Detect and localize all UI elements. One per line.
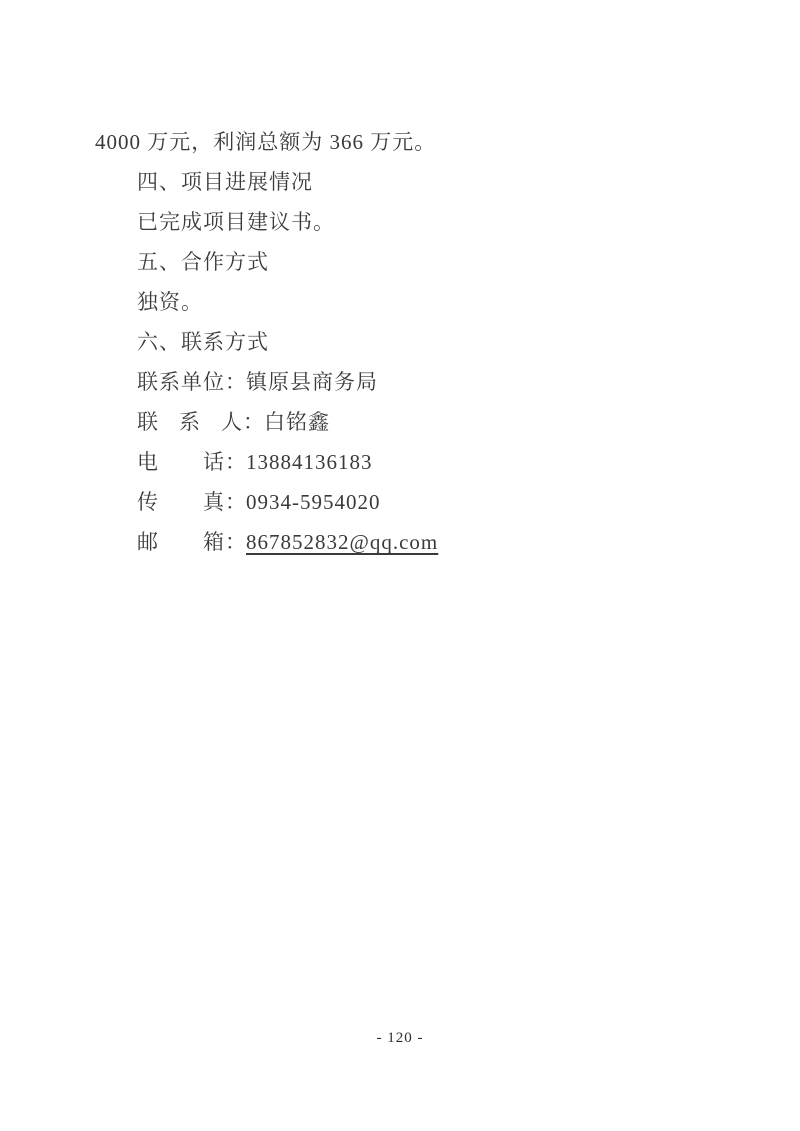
contact-label-person: 联系人 — [137, 402, 243, 442]
contact-value-person: 白铭鑫 — [264, 402, 330, 442]
contact-value-unit: 镇原县商务局 — [246, 362, 378, 402]
label-colon: ： — [225, 362, 246, 402]
label-colon: ： — [225, 522, 246, 562]
contact-row-fax: 传真 ： 0934-5954020 — [137, 482, 755, 522]
section-heading-6: 六、联系方式 — [95, 322, 755, 362]
label-colon: ： — [225, 482, 246, 522]
contact-label-email: 邮箱 — [137, 522, 225, 562]
section-heading-5: 五、合作方式 — [95, 242, 755, 282]
email-link[interactable]: 867852832@qq.com — [246, 522, 438, 562]
paragraph-line: 独资。 — [95, 282, 755, 322]
contact-value-fax: 0934-5954020 — [246, 482, 381, 522]
label-colon: ： — [243, 402, 264, 442]
contact-row-unit: 联系单位 ： 镇原县商务局 — [137, 362, 755, 402]
contact-label-phone: 电话 — [137, 442, 225, 482]
label-colon: ： — [225, 442, 246, 482]
contact-row-email: 邮箱 ： 867852832@qq.com — [137, 522, 755, 562]
contact-label-unit: 联系单位 — [137, 362, 225, 402]
contact-row-person: 联系人 ： 白铭鑫 — [137, 402, 755, 442]
contact-label-fax: 传真 — [137, 482, 225, 522]
paragraph-line: 4000 万元，利润总额为 366 万元。 — [95, 122, 755, 162]
contact-value-phone: 13884136183 — [246, 442, 373, 482]
section-heading-4: 四、项目进展情况 — [95, 162, 755, 202]
page-number: - 120 - — [377, 1030, 424, 1046]
document-page: 4000 万元，利润总额为 366 万元。 四、项目进展情况 已完成项目建议书。… — [0, 0, 800, 1131]
document-body: 4000 万元，利润总额为 366 万元。 四、项目进展情况 已完成项目建议书。… — [95, 122, 755, 562]
contact-row-phone: 电话 ： 13884136183 — [137, 442, 755, 482]
page-footer: - 120 - — [0, 1028, 800, 1048]
paragraph-line: 已完成项目建议书。 — [95, 202, 755, 242]
